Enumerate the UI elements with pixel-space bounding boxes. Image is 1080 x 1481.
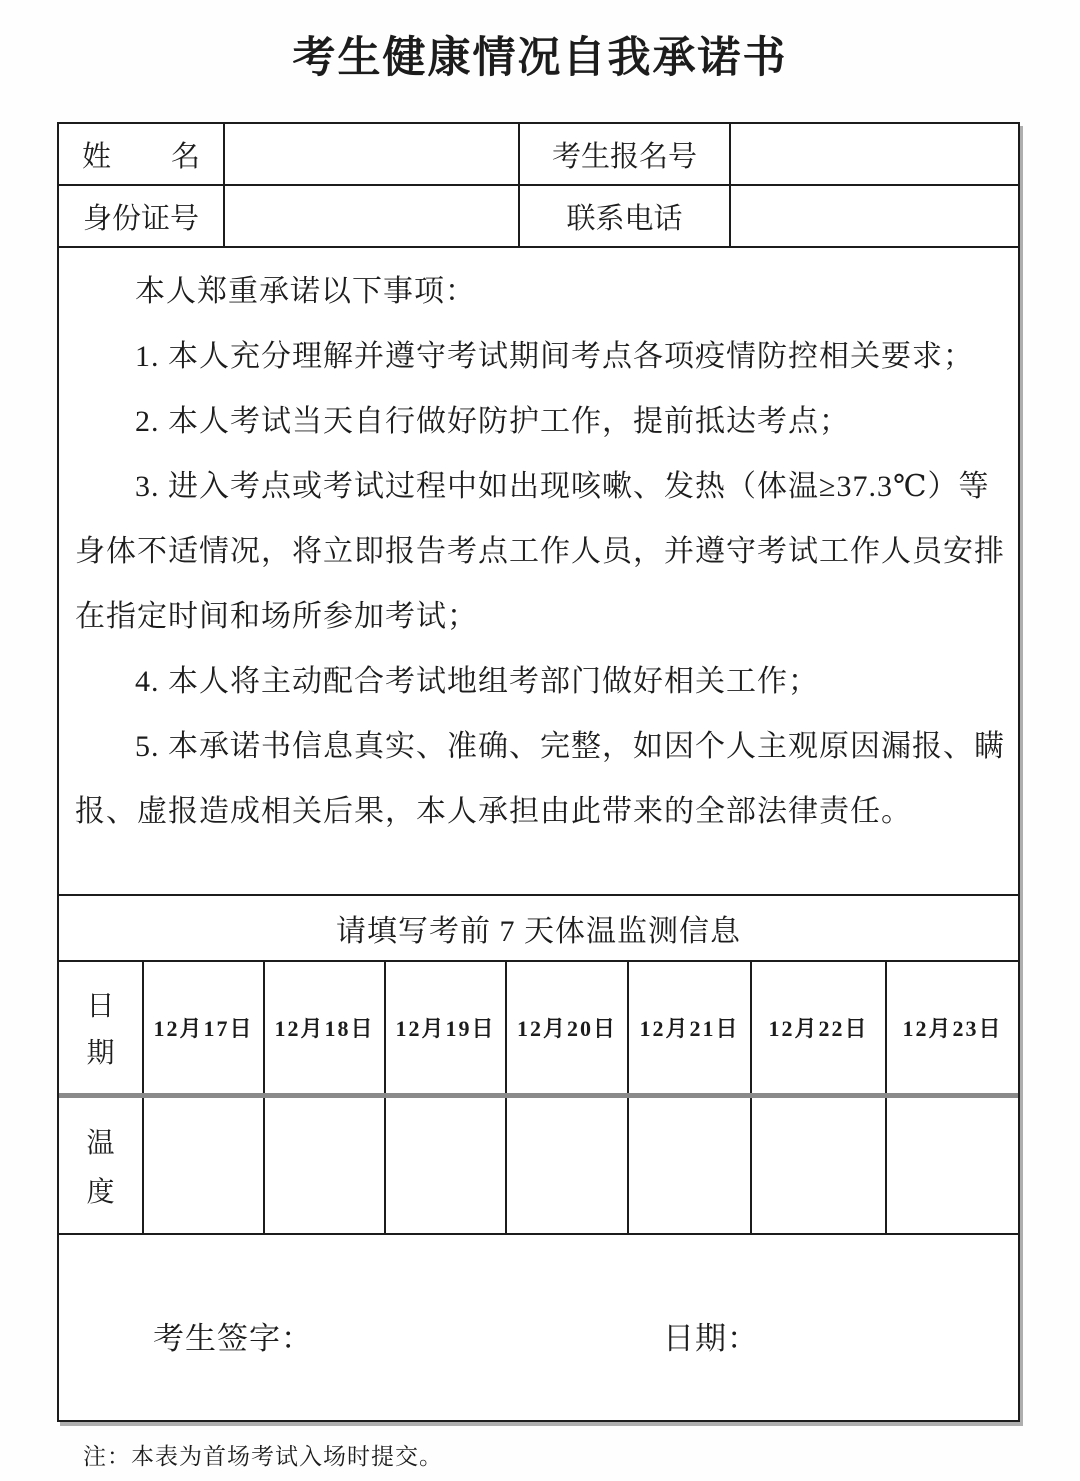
commitment-line-5a: 5. 本承诺书信息真实、准确、完整，如因个人主观原因漏报、瞒 [75, 714, 1004, 779]
temperature-row: 温 度 [59, 1098, 1018, 1235]
commitment-line-3a: 3. 进入考点或考试过程中如出现咳嗽、发热（体温≥37.3℃）等 [75, 454, 1004, 519]
footer-note: 注：本表为首场考试入场时提交。 [83, 1438, 443, 1471]
name-label-cell: 姓名 [59, 124, 225, 184]
temperature-cell-4[interactable] [507, 1098, 629, 1233]
form-sheet: 姓名 考生报名号 身份证号 联系电话 本人郑重承诺以下事项： 1. 本人充分理解… [57, 122, 1020, 1422]
temperature-cell-1[interactable] [144, 1098, 265, 1233]
document-page: 考生健康情况自我承诺书 姓名 考生报名号 身份证号 联系电话 本人郑重承诺以下事… [0, 0, 1080, 1481]
commitment-line-3c: 在指定时间和场所参加考试； [75, 584, 1004, 649]
id-number-label: 身份证号 [83, 196, 199, 237]
name-value-cell[interactable] [225, 124, 520, 184]
document-title: 考生健康情况自我承诺书 [0, 0, 1080, 83]
temperature-cell-7[interactable] [887, 1098, 1018, 1233]
date-row-label-cell: 日 期 [59, 962, 144, 1093]
commitment-line-1: 1. 本人充分理解并遵守考试期间考点各项疫情防控相关要求； [75, 324, 1004, 389]
id-number-label-cell: 身份证号 [59, 186, 225, 246]
temperature-cell-6[interactable] [752, 1098, 887, 1233]
date-row: 日 期 12月17日 12月18日 12月19日 12月20日 12月21日 1… [59, 962, 1018, 1098]
registration-number-label: 考生报名号 [552, 134, 697, 175]
signature-section: 考生签字： 日期： [59, 1235, 1018, 1420]
temperature-cell-5[interactable] [629, 1098, 752, 1233]
date-cell-1: 12月17日 [144, 962, 265, 1093]
phone-value-cell[interactable] [731, 186, 1018, 246]
date-cell-2: 12月18日 [265, 962, 386, 1093]
date-cell-7: 12月23日 [887, 962, 1018, 1093]
commitment-line-3b: 身体不适情况，将立即报告考点工作人员，并遵守考试工作人员安排 [75, 519, 1004, 584]
date-cell-3: 12月19日 [386, 962, 507, 1093]
registration-number-label-cell: 考生报名号 [520, 124, 731, 184]
temperature-cell-3[interactable] [386, 1098, 507, 1233]
name-label: 姓名 [82, 134, 200, 175]
commitment-line-4: 4. 本人将主动配合考试地组考部门做好相关工作； [75, 649, 1004, 714]
temperature-label-char-1: 温 [86, 1121, 114, 1161]
temperature-table-header: 请填写考前 7 天体温监测信息 [59, 896, 1018, 962]
temperature-label-char-2: 度 [86, 1170, 114, 1210]
commitment-line-2: 2. 本人考试当天自行做好防护工作，提前抵达考点； [75, 389, 1004, 454]
date-label-char-2: 期 [86, 1031, 114, 1071]
info-row-name: 姓名 考生报名号 [59, 124, 1018, 186]
phone-label-cell: 联系电话 [520, 186, 731, 246]
date-cell-4: 12月20日 [507, 962, 629, 1093]
date-cell-5: 12月21日 [629, 962, 752, 1093]
commitment-line-5b: 报、虚报造成相关后果，本人承担由此带来的全部法律责任。 [75, 779, 1004, 844]
signature-label: 考生签字： [153, 1313, 313, 1358]
info-row-id: 身份证号 联系电话 [59, 186, 1018, 248]
signature-date-label: 日期： [663, 1313, 759, 1358]
commitment-intro-line: 本人郑重承诺以下事项： [75, 259, 1004, 324]
date-cell-6: 12月22日 [752, 962, 887, 1093]
temperature-cell-2[interactable] [265, 1098, 386, 1233]
phone-label: 联系电话 [566, 196, 682, 237]
temperature-table-title: 请填写考前 7 天体温监测信息 [336, 906, 741, 950]
commitment-section: 本人郑重承诺以下事项： 1. 本人充分理解并遵守考试期间考点各项疫情防控相关要求… [59, 248, 1018, 896]
temperature-row-label-cell: 温 度 [59, 1098, 144, 1233]
registration-number-value-cell[interactable] [731, 124, 1018, 184]
date-label-char-1: 日 [86, 984, 114, 1024]
id-number-value-cell[interactable] [225, 186, 520, 246]
